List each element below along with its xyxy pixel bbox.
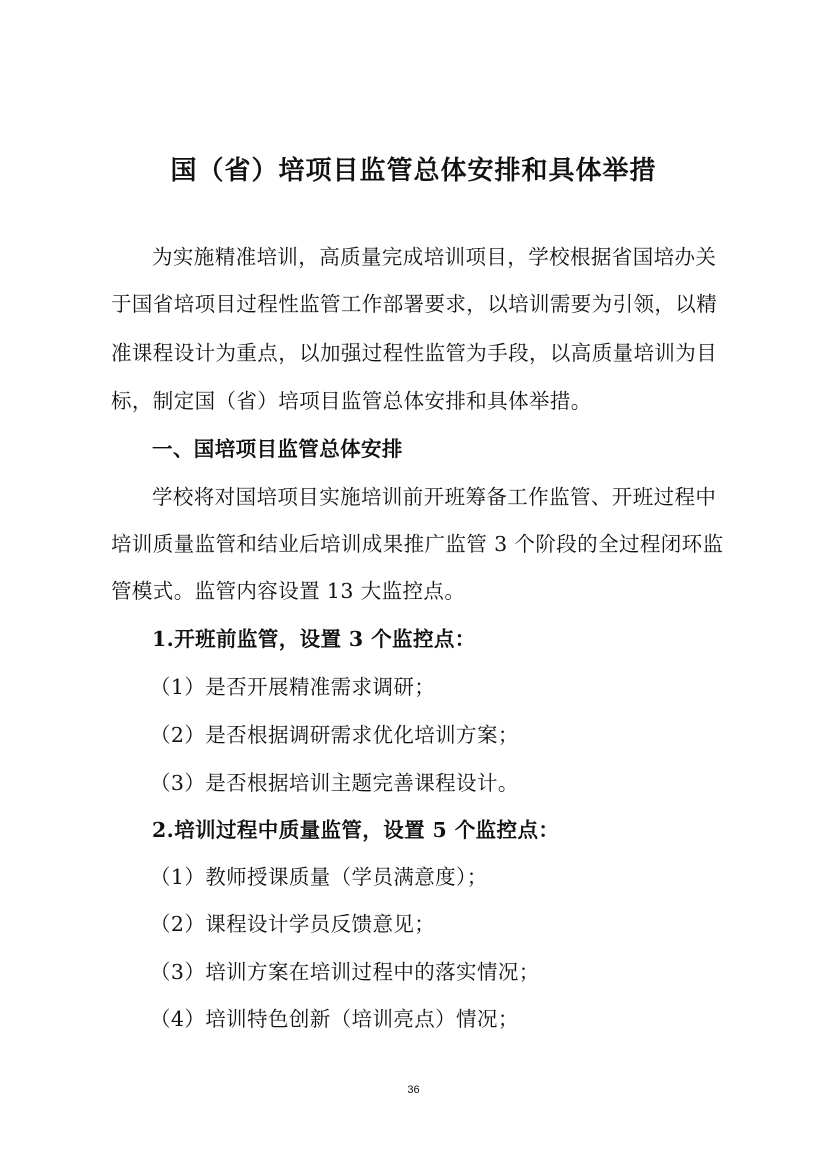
paragraph-line: 管模式。监管内容设置 13 大监控点。 <box>111 577 465 605</box>
list-item: （1）教师授课质量（学员满意度）； <box>150 863 488 891</box>
paragraph-line: 为实施精准培训，高质量完成培训项目，学校根据省国培办关 <box>152 243 716 271</box>
subsection-heading: 1.开班前监管，设置 3 个监控点： <box>152 625 476 653</box>
list-item: （2）课程设计学员反馈意见； <box>150 910 435 938</box>
list-item: （1）是否开展精准需求调研； <box>150 673 435 701</box>
list-item: （3）培训方案在培训过程中的落实情况； <box>150 958 540 986</box>
section-heading: 一、国培项目监管总体安排 <box>152 435 403 463</box>
list-item: （2）是否根据调研需求优化培训方案； <box>150 721 519 749</box>
paragraph-line: 培训质量监管和结业后培训成果推广监管 3 个阶段的全过程闭环监 <box>111 530 723 558</box>
list-item: （4）培训特色创新（培训亮点）情况； <box>150 1005 519 1033</box>
paragraph-line: 于国省培项目过程性监管工作部署要求，以培训需要为引领，以精 <box>111 290 717 318</box>
paragraph-line: 准课程设计为重点，以加强过程性监管为手段，以高质量培训为目 <box>111 339 717 367</box>
paragraph-line: 标，制定国（省）培项目监管总体安排和具体举措。 <box>111 387 592 415</box>
page-number: 36 <box>0 1084 827 1096</box>
list-item: （3）是否根据培训主题完善课程设计。 <box>150 769 519 797</box>
subsection-heading: 2.培训过程中质量监管，设置 5 个监控点： <box>152 816 559 844</box>
paragraph-line: 学校将对国培项目实施培训前开班筹备工作监管、开班过程中 <box>152 483 716 511</box>
page-title: 国（省）培项目监管总体安排和具体举措 <box>0 153 827 189</box>
